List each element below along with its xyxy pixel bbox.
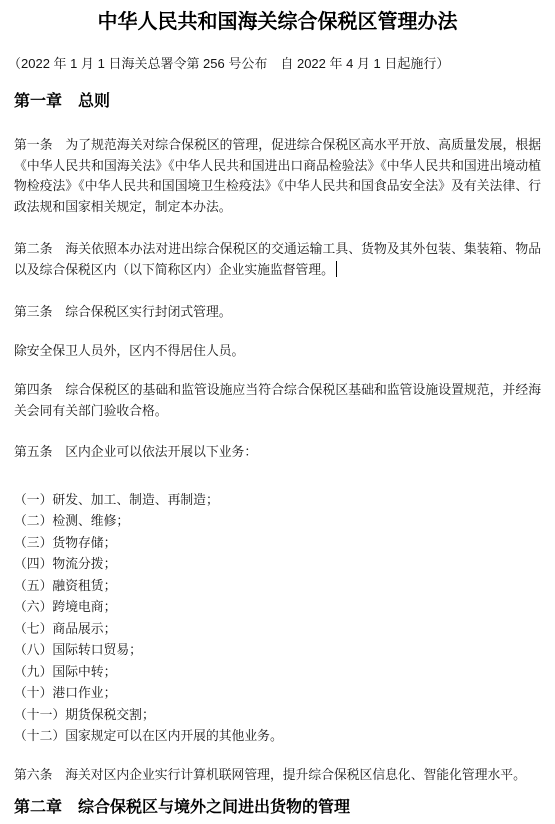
article-2-paragraph[interactable]: 第二条 海关依照本办法对进出综合保税区的交通运输工具、货物及其外包装、集装箱、物… xyxy=(14,239,541,280)
article-4-paragraph[interactable]: 第四条 综合保税区的基础和监管设施应当符合综合保税区基础和监管设施设置规范，并经… xyxy=(14,380,541,421)
publication-line: （2022 年 1 月 1 日海关总署令第 256 号公布 自 2022 年 4… xyxy=(8,55,541,73)
business-list-item-7[interactable]: （七）商品展示； xyxy=(14,618,541,640)
article-3-paragraph[interactable]: 第三条 综合保税区实行封闭式管理。 xyxy=(14,302,541,323)
business-list-item-9[interactable]: （九）国际中转； xyxy=(14,661,541,683)
chapter-1-heading: 第一章 总则 xyxy=(14,91,541,113)
business-list-item-10[interactable]: （十）港口作业； xyxy=(14,682,541,704)
business-list-item-4[interactable]: （四）物流分拨； xyxy=(14,553,541,575)
article-5-intro-paragraph[interactable]: 第五条 区内企业可以依法开展以下业务： xyxy=(14,442,541,463)
business-list-item-11[interactable]: （十一）期货保税交割； xyxy=(14,704,541,726)
article-2-text: 第二条 海关依照本办法对进出综合保税区的交通运输工具、货物及其外包装、集装箱、物… xyxy=(14,241,541,277)
business-list-item-1[interactable]: （一）研发、加工、制造、再制造； xyxy=(14,489,541,511)
business-list-item-6[interactable]: （六）跨境电商； xyxy=(14,596,541,618)
article-6-paragraph[interactable]: 第六条 海关对区内企业实行计算机联网管理，提升综合保税区信息化、智能化管理水平。 xyxy=(14,765,541,786)
article-1-paragraph[interactable]: 第一条 为了规范海关对综合保税区的管理，促进综合保税区高水平开放、高质量发展，根… xyxy=(14,135,541,217)
article-3-supplement-paragraph[interactable]: 除安全保卫人员外，区内不得居住人员。 xyxy=(14,341,541,362)
business-list-item-2[interactable]: （二）检测、维修； xyxy=(14,510,541,532)
chapter-2-heading: 第二章 综合保税区与境外之间进出货物的管理 xyxy=(14,797,541,819)
business-list-item-3[interactable]: （三）货物存储； xyxy=(14,532,541,554)
document-page[interactable]: 中华人民共和国海关综合保税区管理办法 （2022 年 1 月 1 日海关总署令第… xyxy=(0,0,555,824)
business-list-item-12[interactable]: （十二）国家规定可以在区内开展的其他业务。 xyxy=(14,725,541,747)
business-list-item-8[interactable]: （八）国际转口贸易； xyxy=(14,639,541,661)
document-title: 中华人民共和国海关综合保税区管理办法 xyxy=(14,9,541,35)
text-cursor xyxy=(336,261,338,277)
business-list-item-5[interactable]: （五）融资租赁； xyxy=(14,575,541,597)
business-list: （一）研发、加工、制造、再制造； （二）检测、维修； （三）货物存储； （四）物… xyxy=(14,489,541,747)
